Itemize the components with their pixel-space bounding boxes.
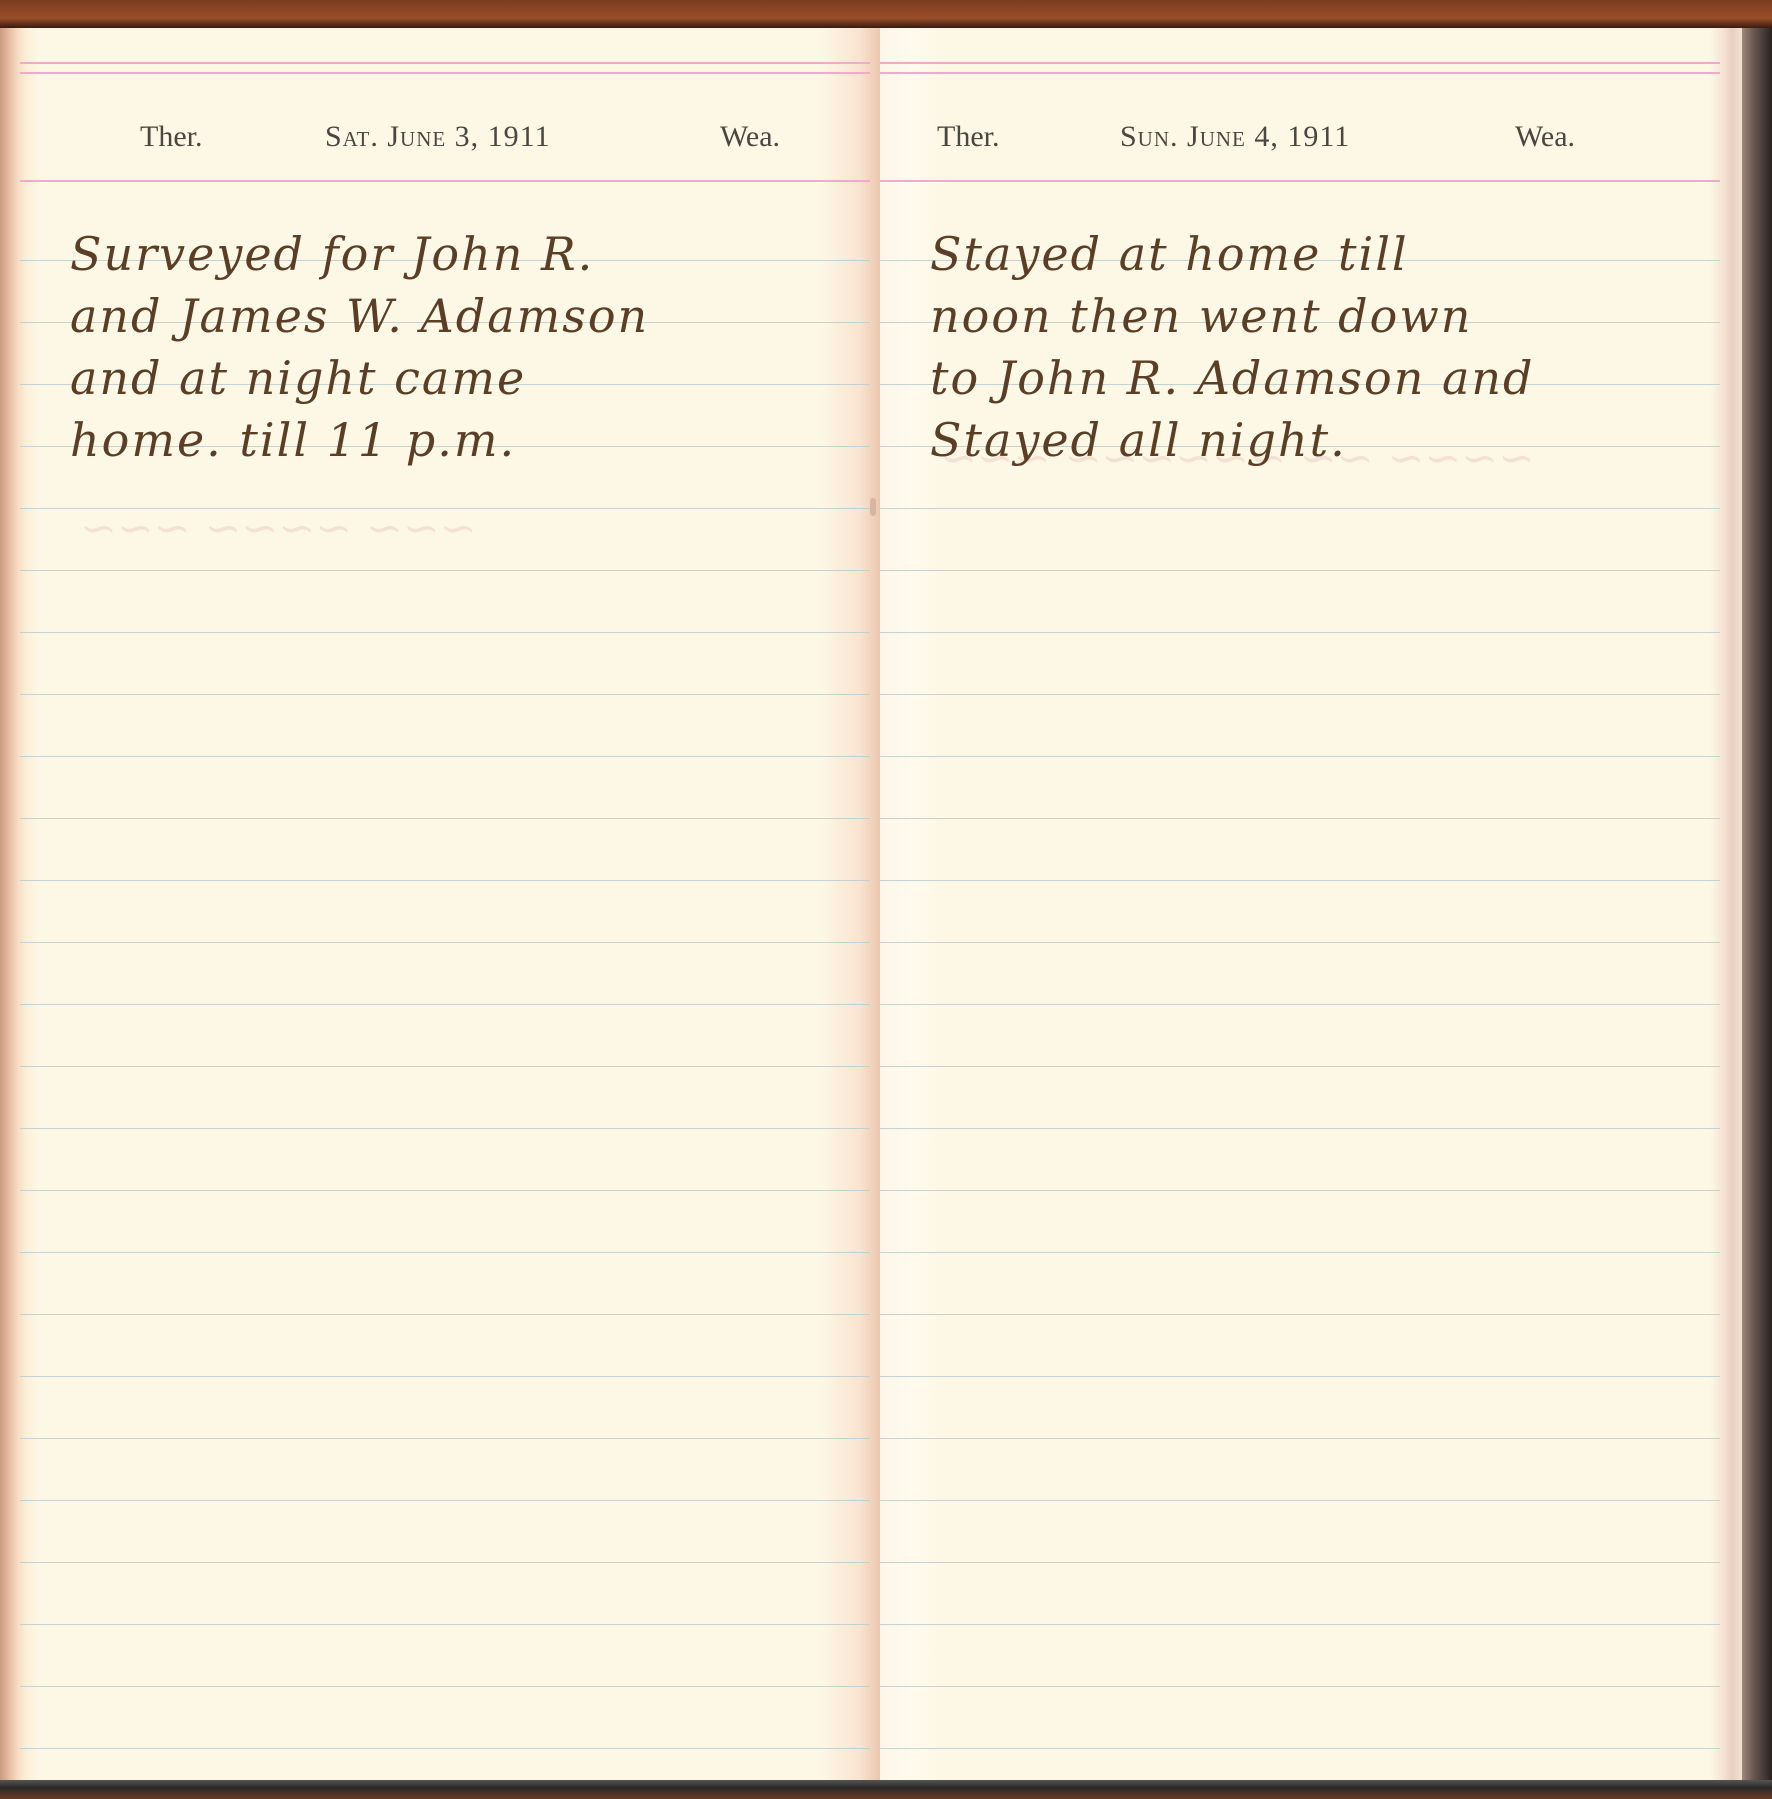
ruled-line bbox=[20, 1438, 870, 1439]
ruled-line bbox=[20, 1252, 870, 1253]
page-header: Ther. Sat. June 3, 1911 Wea. bbox=[0, 120, 880, 160]
ruled-line bbox=[20, 1314, 870, 1315]
ruled-line bbox=[880, 942, 1720, 943]
ruled-line bbox=[880, 1066, 1720, 1067]
header-bottom-rule bbox=[20, 180, 870, 182]
header-double-rule-top bbox=[20, 62, 870, 64]
page-date: Sun. June 4, 1911 bbox=[1120, 120, 1350, 154]
ruled-line bbox=[20, 1128, 870, 1129]
ruled-line bbox=[20, 756, 870, 757]
header-bottom-rule bbox=[880, 180, 1720, 182]
ruled-line bbox=[20, 1500, 870, 1501]
weather-label: Wea. bbox=[720, 120, 780, 154]
ruled-line bbox=[880, 1376, 1720, 1377]
entry-line: and James W. Adamson bbox=[70, 285, 649, 347]
ruled-line bbox=[20, 1624, 870, 1625]
ruled-line bbox=[20, 1004, 870, 1005]
header-double-rule-bottom bbox=[880, 72, 1720, 74]
ruled-line bbox=[880, 508, 1720, 509]
entry-line: to John R. Adamson and bbox=[930, 347, 1534, 409]
header-double-rule-top bbox=[880, 62, 1720, 64]
ruled-line bbox=[880, 1314, 1720, 1315]
ruled-line bbox=[20, 1066, 870, 1067]
handwritten-entry: Surveyed for John R. and James W. Adamso… bbox=[70, 223, 649, 471]
ruled-line bbox=[880, 1004, 1720, 1005]
ruled-line bbox=[880, 632, 1720, 633]
left-page: Ther. Sat. June 3, 1911 Wea. ~~~ ~~~~ ~~… bbox=[0, 28, 880, 1780]
ruled-line bbox=[20, 632, 870, 633]
ruled-line bbox=[880, 694, 1720, 695]
ruled-line bbox=[880, 1128, 1720, 1129]
ruled-line bbox=[20, 1748, 870, 1749]
ruled-line bbox=[20, 1686, 870, 1687]
page-header: Ther. Sun. June 4, 1911 Wea. bbox=[880, 120, 1742, 160]
thermometer-label: Ther. bbox=[140, 120, 202, 154]
ruled-line bbox=[880, 570, 1720, 571]
entry-line: and at night came bbox=[70, 347, 649, 409]
ruled-line bbox=[20, 1376, 870, 1377]
ruled-line bbox=[880, 1500, 1720, 1501]
ruled-line bbox=[880, 818, 1720, 819]
ruled-line bbox=[20, 1190, 870, 1191]
ruled-line bbox=[20, 942, 870, 943]
ruled-line bbox=[880, 1562, 1720, 1563]
book-cover-bottom-edge bbox=[0, 1780, 1772, 1799]
thermometer-label: Ther. bbox=[937, 120, 999, 154]
ruled-line bbox=[20, 570, 870, 571]
entry-line: Surveyed for John R. bbox=[70, 223, 649, 285]
entry-line: Stayed all night. bbox=[930, 409, 1534, 471]
entry-line: home. till 11 p.m. bbox=[70, 409, 649, 471]
page-date: Sat. June 3, 1911 bbox=[325, 120, 551, 154]
weather-label: Wea. bbox=[1515, 120, 1575, 154]
ruled-line bbox=[880, 1686, 1720, 1687]
ruled-line bbox=[20, 1562, 870, 1563]
ruled-line bbox=[20, 880, 870, 881]
book-cover-right-edge bbox=[1740, 28, 1772, 1788]
ruled-line bbox=[20, 508, 870, 509]
right-page: Ther. Sun. June 4, 1911 Wea. ~~~~ ~~ ~~~… bbox=[880, 28, 1742, 1780]
ruled-line bbox=[20, 818, 870, 819]
ruled-line bbox=[880, 1190, 1720, 1191]
diary-spread: Ther. Sat. June 3, 1911 Wea. ~~~ ~~~~ ~~… bbox=[0, 28, 1742, 1780]
ruled-line bbox=[880, 880, 1720, 881]
entry-line: noon then went down bbox=[930, 285, 1534, 347]
ruled-line bbox=[880, 1252, 1720, 1253]
handwritten-entry: Stayed at home till noon then went down … bbox=[930, 223, 1534, 471]
ruled-line bbox=[880, 1748, 1720, 1749]
header-double-rule-bottom bbox=[20, 72, 870, 74]
entry-line: Stayed at home till bbox=[930, 223, 1534, 285]
binding-stitch-mark bbox=[870, 498, 876, 516]
ruled-line bbox=[880, 1438, 1720, 1439]
ruled-line bbox=[20, 694, 870, 695]
ruled-line bbox=[880, 1624, 1720, 1625]
ruled-line bbox=[880, 756, 1720, 757]
